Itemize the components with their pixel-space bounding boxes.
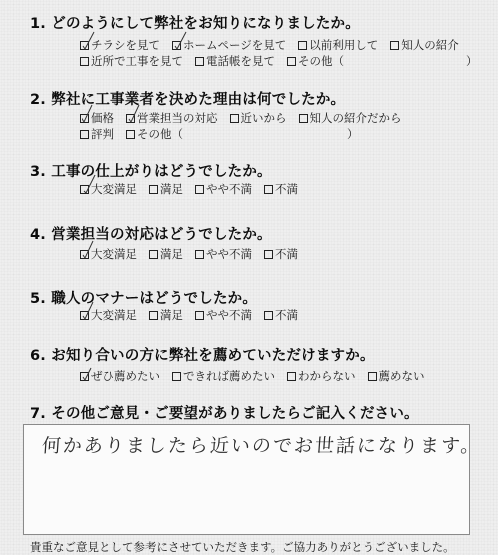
checkbox-icon[interactable] [126, 130, 135, 139]
checkbox-icon[interactable] [80, 130, 89, 139]
option-homepage[interactable]: ホームページを見て [172, 37, 286, 53]
option-satisfied[interactable]: 満足 [149, 307, 183, 323]
option-label: 薦めない [379, 368, 425, 384]
option-label: やや不満 [206, 181, 252, 197]
checkbox-icon[interactable] [264, 185, 273, 194]
option-recommend-if-possible[interactable]: できれば薦めたい [172, 368, 275, 384]
checkbox-icon[interactable] [195, 185, 204, 194]
checkbox-icon[interactable] [195, 311, 204, 320]
option-somewhat-dissatisfied[interactable]: やや不満 [195, 181, 252, 197]
question-2-options-row-1: 価格 営業担当の対応 近いから 知人の紹介だから [80, 110, 414, 126]
checkbox-icon[interactable] [287, 372, 296, 381]
checkbox-icon[interactable] [390, 41, 399, 50]
option-label: ホームページを見て [183, 37, 286, 53]
option-satisfied[interactable]: 満足 [149, 181, 183, 197]
question-3-title: 3. 工事の仕上がりはどうでしたか。 [30, 160, 272, 181]
option-saw-construction-nearby[interactable]: 近所で工事を見て [80, 53, 183, 69]
question-1-title: 1. どのようにして弊社をお知りになりましたか。 [30, 12, 360, 33]
question-2-options-row-2: 評判 その他（ ） [80, 126, 371, 142]
option-nearby[interactable]: 近いから [230, 110, 287, 126]
option-dissatisfied[interactable]: 不満 [264, 246, 298, 262]
option-very-satisfied[interactable]: 大変満足 [80, 307, 137, 323]
question-2-title: 2. 弊社に工事業者を決めた理由は何でしたか。 [30, 88, 345, 109]
option-dissatisfied[interactable]: 不満 [264, 181, 298, 197]
option-label: 電話帳を見て [206, 53, 275, 69]
checkbox-icon[interactable] [230, 114, 239, 123]
option-label: 満足 [160, 181, 183, 197]
question-1-options-row-1: チラシを見て ホームページを見て 以前利用して 知人の紹介 [80, 37, 471, 53]
option-label: 大変満足 [91, 307, 137, 323]
option-reputation[interactable]: 評判 [80, 126, 114, 142]
option-would-not-recommend[interactable]: 薦めない [368, 368, 425, 384]
question-3-options: 大変満足 満足 やや不満 不満 [80, 181, 310, 197]
option-label: 大変満足 [91, 246, 137, 262]
checkbox-icon[interactable] [368, 372, 377, 381]
option-definitely-recommend[interactable]: ぜひ薦めたい [80, 368, 160, 384]
option-phone-book[interactable]: 電話帳を見て [195, 53, 275, 69]
option-label: 評判 [91, 126, 114, 142]
option-label: 大変満足 [91, 181, 137, 197]
checkbox-checked-icon[interactable] [80, 185, 89, 194]
checkbox-icon[interactable] [287, 57, 296, 66]
option-label: 不満 [275, 246, 298, 262]
option-somewhat-dissatisfied[interactable]: やや不満 [195, 307, 252, 323]
checkbox-checked-icon[interactable] [80, 311, 89, 320]
close-paren: ） [347, 126, 359, 142]
option-label: 満足 [160, 307, 183, 323]
question-4-title: 4. 営業担当の対応はどうでしたか。 [30, 223, 272, 244]
option-label: 以前利用して [309, 37, 378, 53]
option-label: ぜひ薦めたい [91, 368, 160, 384]
question-6-title: 6. お知り合いの方に弊社を薦めていただけますか。 [30, 344, 375, 365]
checkbox-checked-icon[interactable] [80, 250, 89, 259]
option-label: 知人の紹介だから [310, 110, 402, 126]
option-label: できれば薦めたい [183, 368, 275, 384]
checkbox-checked-icon[interactable] [172, 41, 181, 50]
checkbox-icon[interactable] [149, 311, 158, 320]
option-very-satisfied[interactable]: 大変満足 [80, 181, 137, 197]
question-1-options-row-2: 近所で工事を見て 電話帳を見て その他（ ） [80, 53, 490, 69]
checkbox-icon[interactable] [298, 41, 307, 50]
comment-textarea[interactable]: 何かありましたら近いのでお世話になります。 [23, 424, 470, 535]
option-other[interactable]: その他（ ） [287, 53, 478, 69]
checkbox-icon[interactable] [264, 250, 273, 259]
question-4-options: 大変満足 満足 やや不満 不満 [80, 246, 310, 262]
option-label: 不満 [275, 307, 298, 323]
option-label: 不満 [275, 181, 298, 197]
question-7-title: 7. その他ご意見・ご要望がありましたらご記入ください。 [30, 402, 419, 423]
checkbox-icon[interactable] [172, 372, 181, 381]
question-6-options: ぜひ薦めたい できれば薦めたい わからない 薦めない [80, 368, 437, 384]
option-label: 営業担当の対応 [137, 110, 218, 126]
option-label: 近いから [241, 110, 287, 126]
option-label: その他（ [298, 53, 344, 69]
option-label: やや不満 [206, 307, 252, 323]
option-acquaintance-referral[interactable]: 知人の紹介 [390, 37, 459, 53]
option-not-sure[interactable]: わからない [287, 368, 356, 384]
option-label: 近所で工事を見て [91, 53, 183, 69]
option-somewhat-dissatisfied[interactable]: やや不満 [195, 246, 252, 262]
question-5-title: 5. 職人のマナーはどうでしたか。 [30, 287, 257, 308]
checkbox-icon[interactable] [299, 114, 308, 123]
option-label: 価格 [91, 110, 114, 126]
handwritten-comment: 何かありましたら近いのでお世話になります。 [41, 431, 482, 458]
option-label: 知人の紹介 [401, 37, 459, 53]
checkbox-checked-icon[interactable] [80, 114, 89, 123]
option-label: その他（ [137, 126, 183, 142]
checkbox-icon[interactable] [264, 311, 273, 320]
option-dissatisfied[interactable]: 不満 [264, 307, 298, 323]
question-5-options: 大変満足 満足 やや不満 不満 [80, 307, 310, 323]
close-paren: ） [466, 53, 478, 69]
option-price[interactable]: 価格 [80, 110, 114, 126]
checkbox-icon[interactable] [195, 57, 204, 66]
checkbox-checked-icon[interactable] [80, 41, 89, 50]
option-sales-rep-response[interactable]: 営業担当の対応 [126, 110, 218, 126]
option-acquaintance-referral[interactable]: 知人の紹介だから [299, 110, 402, 126]
checkbox-checked-icon[interactable] [80, 372, 89, 381]
option-previous-use[interactable]: 以前利用して [298, 37, 378, 53]
checkbox-icon[interactable] [80, 57, 89, 66]
option-label: チラシを見て [91, 37, 160, 53]
option-label: やや不満 [206, 246, 252, 262]
option-very-satisfied[interactable]: 大変満足 [80, 246, 137, 262]
checkbox-checked-icon[interactable] [126, 114, 135, 123]
checkbox-icon[interactable] [195, 250, 204, 259]
option-other[interactable]: その他（ ） [126, 126, 359, 142]
footer-thank-you: 貴重なご意見として参考にさせていただきます。ご協力ありがとうございました。 [30, 539, 455, 555]
option-flyer[interactable]: チラシを見て [80, 37, 160, 53]
option-label: 満足 [160, 246, 183, 262]
option-satisfied[interactable]: 満足 [149, 246, 183, 262]
checkbox-icon[interactable] [149, 250, 158, 259]
option-label: わからない [298, 368, 356, 384]
checkbox-icon[interactable] [149, 185, 158, 194]
